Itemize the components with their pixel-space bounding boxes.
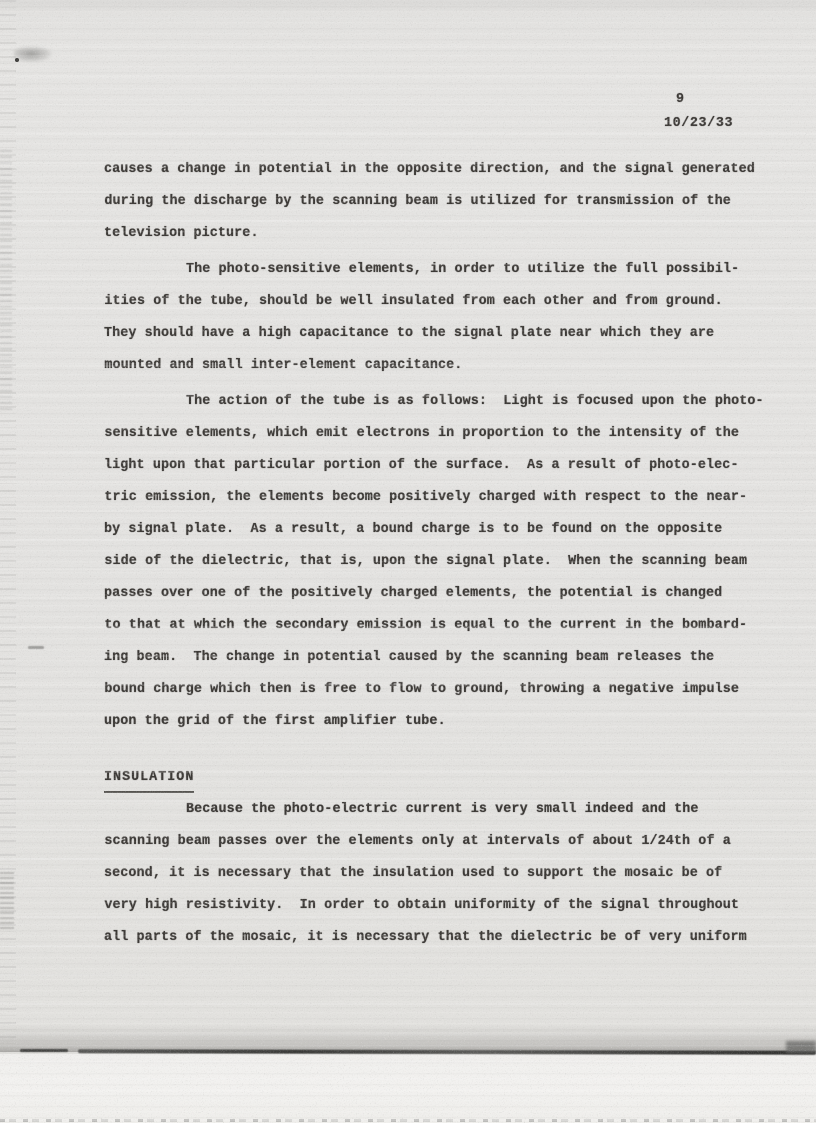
text-line: The action of the tube is as follows: Li… — [104, 386, 784, 418]
text-line: very high resistivity. In order to obtai… — [104, 890, 784, 922]
text-line: mounted and small inter-element capacita… — [104, 350, 784, 382]
text-line: causes a change in potential in the oppo… — [104, 154, 784, 186]
text-line: scanning beam passes over the elements o… — [104, 826, 784, 858]
stray-mark — [28, 646, 44, 649]
paragraph: The photo-sensitive elements, in order t… — [104, 254, 784, 382]
scanner-background — [0, 1054, 816, 1123]
page-bottom-shadow — [0, 1024, 816, 1052]
text-line: all parts of the mosaic, it is necessary… — [104, 922, 784, 954]
text-line: passes over one of the positively charge… — [104, 578, 784, 610]
text-line: ing beam. The change in potential caused… — [104, 642, 784, 674]
text-line: bound charge which then is free to flow … — [104, 674, 784, 706]
text-line: television picture. — [104, 218, 784, 250]
scanned-page: 9 10/23/33 causes a change in potential … — [0, 0, 816, 1123]
text-line: ities of the tube, should be well insula… — [104, 286, 784, 318]
text-line: second, it is necessary that the insulat… — [104, 858, 784, 890]
left-edge-streak-band — [0, 150, 12, 410]
text-line: tric emission, the elements become posit… — [104, 482, 784, 514]
text-line: side of the dielectric, that is, upon th… — [104, 546, 784, 578]
ink-smudge — [14, 46, 52, 62]
page-date: 10/23/33 — [664, 116, 733, 131]
page-edge-dash — [20, 1049, 68, 1052]
text-line: Because the photo-electric current is ve… — [104, 794, 784, 826]
page-number: 9 — [676, 92, 684, 107]
left-edge-scratch — [0, 872, 14, 932]
document-body: causes a change in potential in the oppo… — [104, 154, 784, 954]
text-line: The photo-sensitive elements, in order t… — [104, 254, 784, 286]
text-line: upon the grid of the first amplifier tub… — [104, 706, 784, 738]
ink-dot — [15, 58, 19, 62]
text-line: They should have a high capacitance to t… — [104, 318, 784, 350]
section-heading-row: INSULATION — [104, 762, 784, 794]
text-line: sensitive elements, which emit electrons… — [104, 418, 784, 450]
text-line: by signal plate. As a result, a bound ch… — [104, 514, 784, 546]
bottom-edge-speckle — [0, 1119, 816, 1122]
paragraph: Because the photo-electric current is ve… — [104, 794, 784, 954]
text-line: during the discharge by the scanning bea… — [104, 186, 784, 218]
section-heading: INSULATION — [104, 765, 194, 793]
page-edge-corner-blob — [786, 1041, 816, 1053]
paragraph: The action of the tube is as follows: Li… — [104, 386, 784, 738]
text-line: light upon that particular portion of th… — [104, 450, 784, 482]
paragraph: causes a change in potential in the oppo… — [104, 154, 784, 250]
text-line: to that at which the secondary emission … — [104, 610, 784, 642]
